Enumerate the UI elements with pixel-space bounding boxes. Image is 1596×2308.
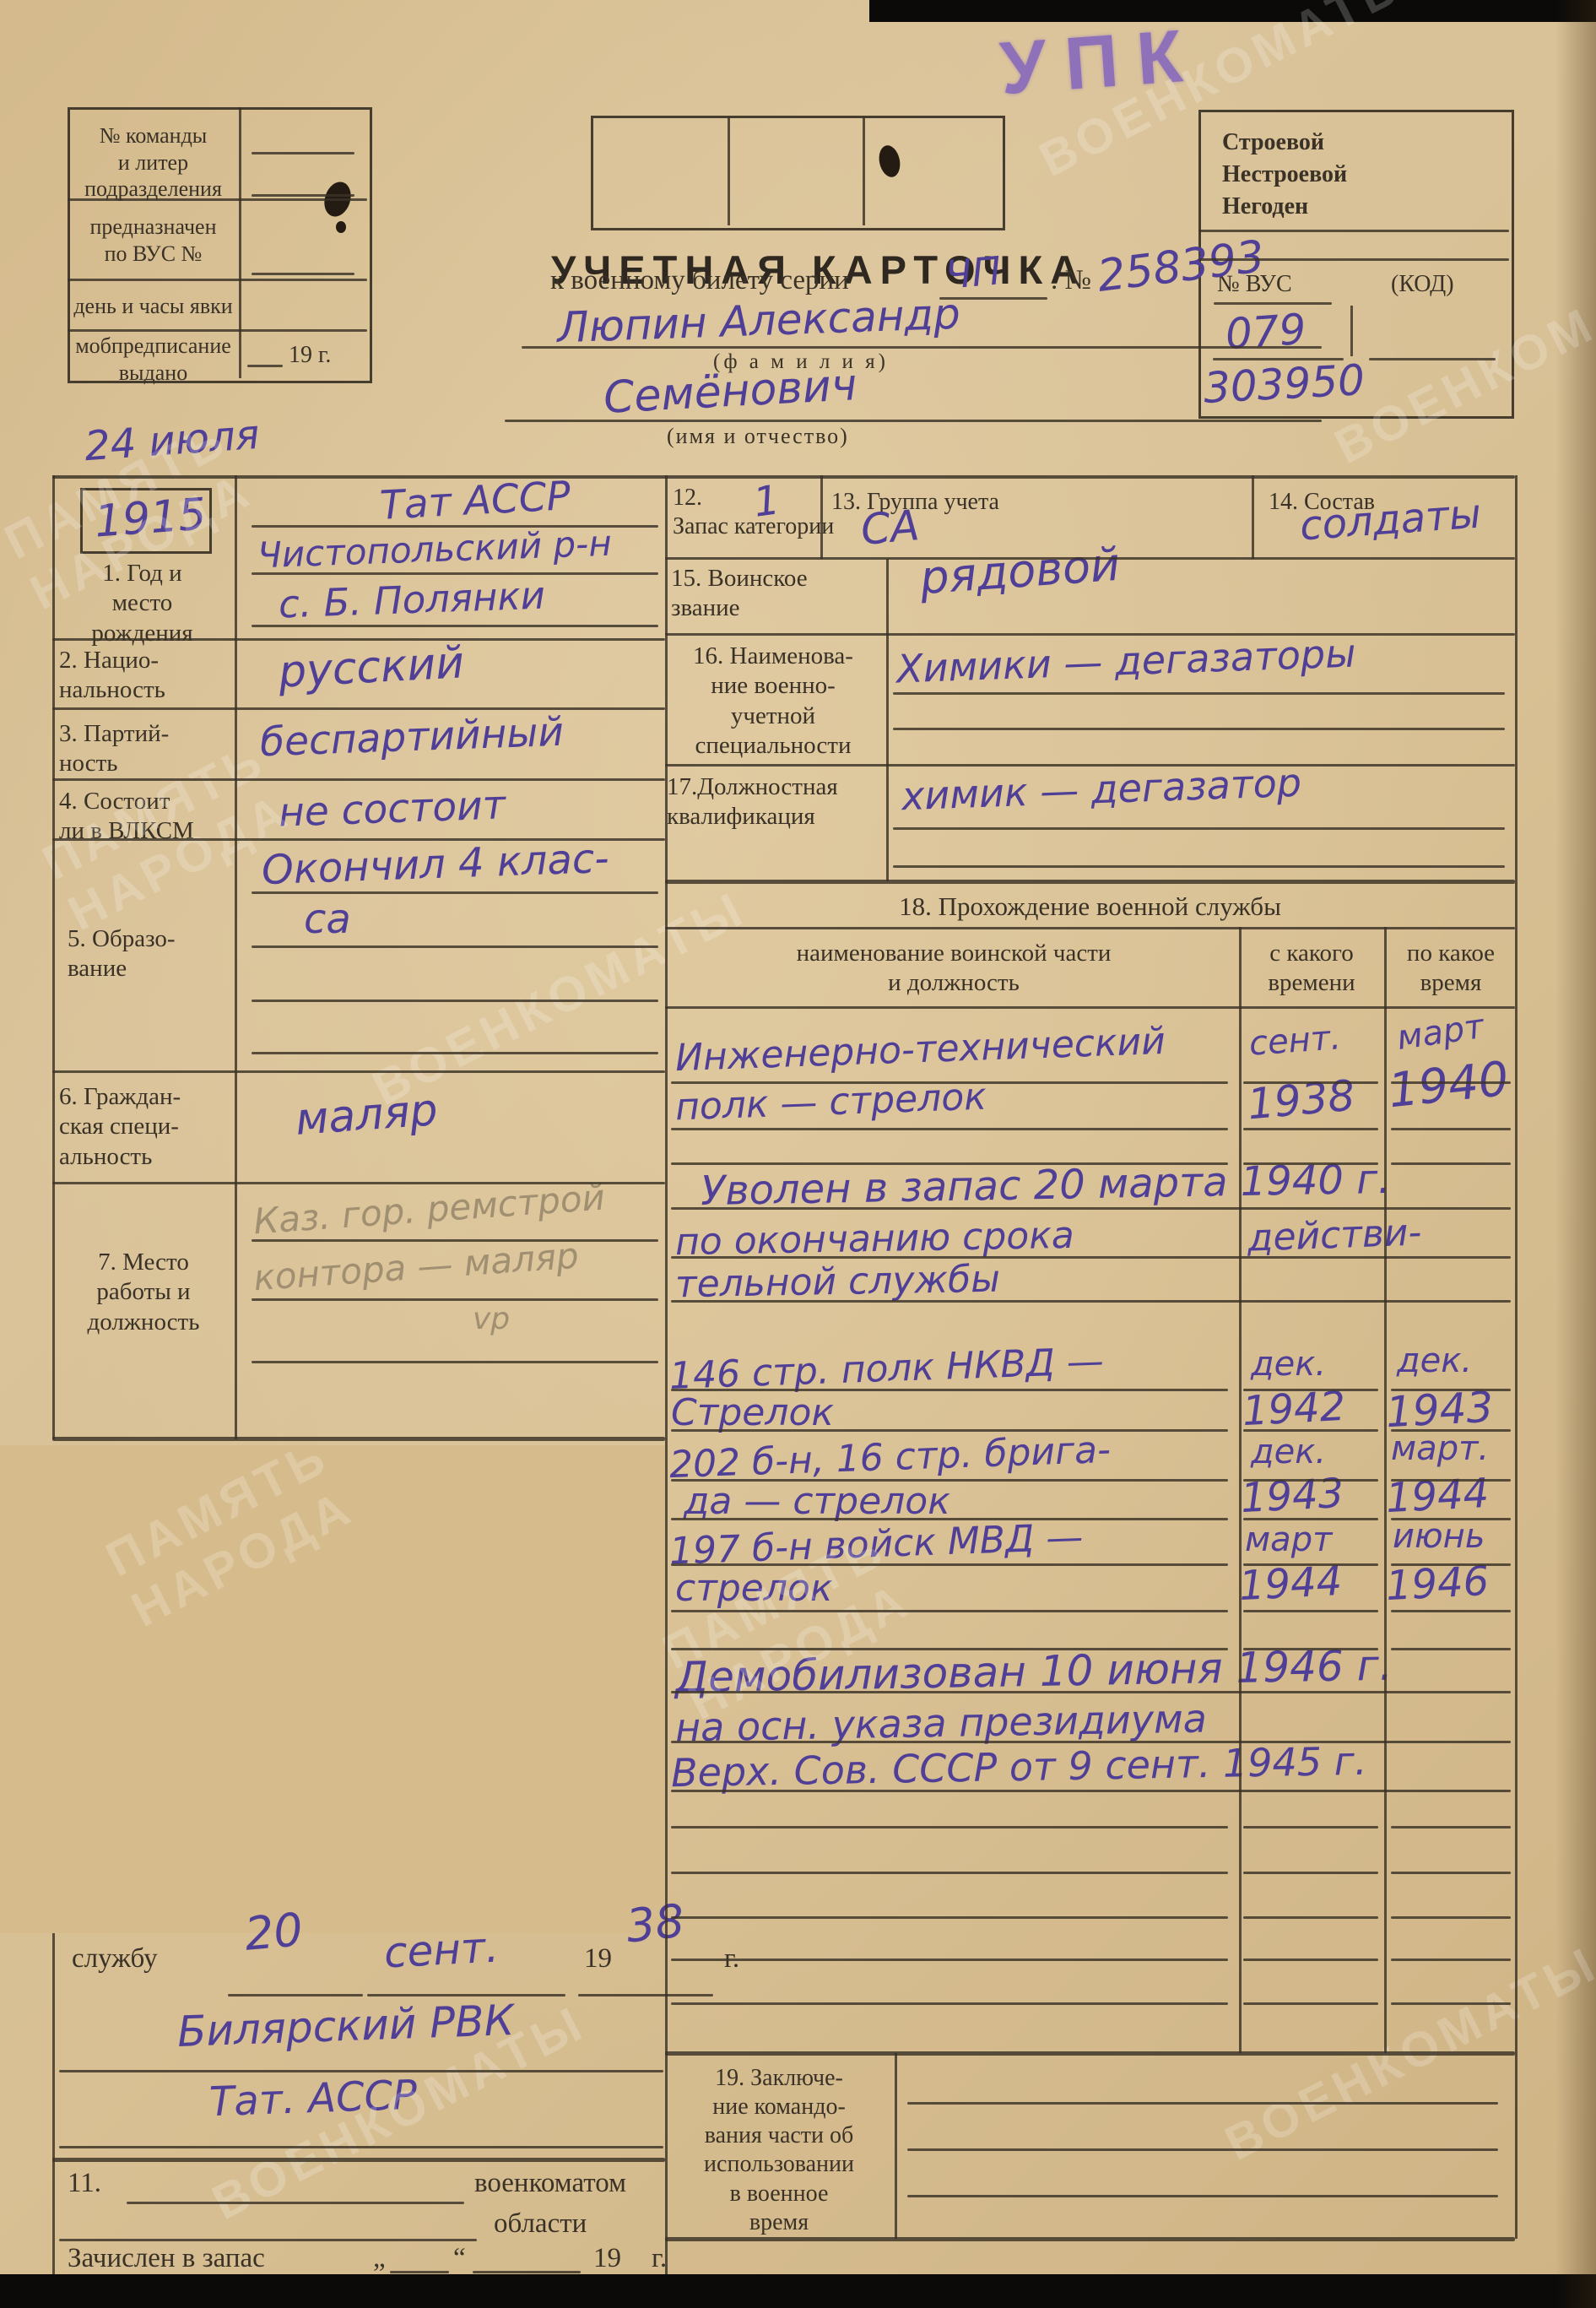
ruled-line — [671, 1518, 1228, 1520]
ruled-line — [52, 475, 1515, 479]
ruled-line — [665, 2051, 1515, 2056]
service-part: Стрелок — [671, 1395, 834, 1432]
ruled-line — [1243, 2002, 1378, 2005]
ruled-line — [473, 2271, 581, 2273]
ruled-line — [252, 945, 658, 948]
ruled-line — [665, 1006, 1515, 1009]
field11-suffix: военкоматом — [474, 2166, 626, 2200]
ruled-line — [1243, 1872, 1378, 1874]
ruled-line — [1391, 1916, 1511, 1919]
ruled-line — [665, 557, 1515, 560]
field11-num: 11. — [68, 2166, 101, 2200]
ruled-line — [390, 2271, 449, 2273]
field7-note1: Каз. гор. ремстрой — [252, 1180, 606, 1240]
service-part: Инженерно-технический — [674, 1023, 1166, 1077]
ruled-line — [1243, 1610, 1378, 1612]
ruled-line — [252, 572, 658, 575]
service-to: март — [1395, 1010, 1486, 1055]
ruled-line — [1243, 1389, 1378, 1391]
enlist-day: 20 — [243, 1907, 305, 1958]
ruled-line — [1243, 1826, 1378, 1829]
ruled-line — [893, 827, 1505, 830]
ruled-line — [671, 1916, 1228, 1919]
ruled-line — [665, 880, 1515, 884]
field5-value-line1: Окончил 4 клас- — [261, 838, 609, 891]
service-to: июнь — [1393, 1520, 1485, 1553]
ruled-line — [252, 525, 658, 528]
service-from: март — [1245, 1523, 1332, 1557]
quote-close: “ — [453, 2241, 466, 2275]
service-section-title: 18. Прохождение военной службы — [665, 891, 1515, 923]
ruled-line — [52, 838, 665, 841]
ruled-line — [1391, 1162, 1511, 1165]
ruled-line — [522, 346, 1322, 349]
ruled-line — [665, 764, 1515, 767]
ruled-line — [68, 198, 367, 201]
ruled-line — [1243, 1916, 1378, 1919]
table-border — [52, 475, 55, 1439]
ruled-line — [665, 633, 1515, 636]
field6-label: 6. Граждан- ская специ- альность — [59, 1082, 181, 1172]
ruled-line — [1243, 1429, 1378, 1432]
quote-open: „ — [373, 2241, 386, 2275]
field13-value: СА — [859, 504, 921, 551]
ruled-line — [52, 1182, 665, 1184]
field1-line3: с. Б. Полянки — [278, 577, 545, 624]
field14-value: солдаты — [1299, 494, 1483, 547]
ruled-line — [252, 1239, 658, 1242]
service-col-to: по какое время — [1388, 939, 1514, 999]
no-label: . № — [1051, 263, 1091, 297]
surname-value: Люпин Александр — [556, 293, 960, 349]
enlist-month: сент. — [383, 1926, 500, 1974]
routing-row4-label: мобпредписание выдано — [72, 333, 235, 386]
service-to: март. — [1391, 1432, 1489, 1466]
service-part: да — стрелок — [684, 1483, 950, 1520]
ruled-line — [1391, 1959, 1511, 1961]
ruled-line — [1214, 302, 1332, 305]
ruled-line — [1198, 258, 1509, 261]
service-from: дек. — [1251, 1435, 1326, 1469]
ruled-line — [671, 1128, 1228, 1130]
ruled-line — [252, 194, 354, 197]
ruled-line — [671, 1648, 1228, 1650]
field15-value: рядовой — [918, 542, 1121, 601]
ruled-line — [671, 1610, 1228, 1612]
field2-value: русский — [278, 641, 465, 694]
service-col-part: наименование воинской части и должность — [671, 939, 1236, 999]
ruled-line — [1243, 1479, 1378, 1482]
table-border — [1239, 927, 1242, 2053]
ruled-line — [671, 1826, 1228, 1829]
kod-label: (КОД) — [1391, 270, 1454, 299]
grade-line3: Негоден — [1222, 192, 1308, 221]
ruled-line — [1391, 1648, 1511, 1650]
ruled-line — [68, 279, 367, 281]
field7-label: 7. Место работы и должность — [59, 1248, 228, 1337]
ruled-line — [1391, 1518, 1511, 1520]
table-border — [1252, 475, 1254, 559]
field2-label: 2. Нацио- нальность — [59, 646, 165, 706]
scan-black-bar-top — [869, 0, 1596, 22]
ruled-line — [893, 865, 1505, 868]
ruled-line — [1243, 1648, 1378, 1650]
ruled-line — [1391, 1563, 1511, 1566]
field1-line1: Тат АССР — [379, 476, 571, 526]
ruled-line — [665, 2237, 1515, 2241]
table-border — [820, 475, 823, 559]
ruled-line — [907, 2148, 1498, 2151]
ruled-line — [127, 2202, 464, 2204]
service-from: 1942 — [1242, 1386, 1347, 1432]
ruled-line — [1391, 1429, 1511, 1432]
table-border — [895, 2053, 897, 2239]
grade-line1: Строевой — [1222, 128, 1324, 157]
service-part: по окончанию срока — [675, 1217, 1074, 1261]
service-part: Уволен в запас 20 марта 1940 г. — [701, 1159, 1391, 1211]
field11-oblast: области — [494, 2207, 587, 2240]
ruled-line — [52, 1437, 665, 1441]
ruled-line — [1243, 1081, 1378, 1084]
ruled-line — [367, 1994, 565, 1996]
scanned-military-card: УПК № команды и литер подразделения пред… — [0, 0, 1596, 2308]
table-border — [239, 107, 241, 378]
patronymic-value: Семёнович — [603, 363, 858, 420]
series-label: к военному билету серии — [550, 263, 849, 297]
ruled-line — [68, 329, 367, 332]
ruled-line — [1369, 358, 1496, 360]
ruled-line — [247, 365, 283, 367]
table-border — [52, 1933, 55, 2274]
field1-line2: Чистопольский р-н — [257, 526, 612, 574]
ruled-line — [671, 1479, 1228, 1482]
ruled-line — [1213, 358, 1344, 360]
ruled-line — [252, 1298, 658, 1301]
table-border — [1350, 306, 1353, 356]
ruled-line — [252, 152, 354, 154]
ruled-line — [671, 1563, 1228, 1566]
ruled-line — [1243, 1959, 1378, 1961]
field15-label: 15. Воинское звание — [671, 564, 808, 624]
field16-label: 16. Наименова- ние военно- учетной специ… — [667, 642, 879, 761]
field17-label: 17.Должностная квалификация — [667, 772, 838, 832]
table-border — [863, 117, 865, 225]
ruled-line — [1391, 1610, 1511, 1612]
ruled-line — [505, 420, 1322, 422]
ruled-line — [52, 778, 665, 781]
field17-value: химик — дегазатор — [901, 763, 1301, 816]
enlist-year-printed: 19 — [584, 1942, 612, 1975]
ruled-line — [671, 1959, 1228, 1961]
ruled-line — [252, 1052, 658, 1054]
ruled-line — [252, 625, 658, 627]
ruled-line — [52, 707, 665, 710]
field3-value: беспартийный — [259, 712, 564, 763]
enlist-year-hw: 38 — [624, 1899, 686, 1950]
scan-black-bar-bottom — [0, 2274, 1596, 2308]
ruled-line — [1243, 1162, 1378, 1165]
ruled-line — [671, 1872, 1228, 1874]
ruled-line — [59, 2070, 663, 2072]
grade-line2: Нестроевой — [1222, 160, 1347, 189]
service-cont: действи- — [1247, 1214, 1422, 1257]
table-border — [665, 475, 668, 2274]
field5-value-line2: са — [304, 899, 351, 940]
ruled-line — [52, 638, 665, 641]
ruled-line — [1391, 1389, 1511, 1391]
field12-value: 1 — [751, 479, 782, 523]
ruled-line — [1198, 230, 1509, 232]
field11-year: 19 — [593, 2241, 621, 2275]
ruled-line — [671, 1389, 1228, 1391]
ruled-line — [252, 1361, 658, 1363]
ruled-line — [52, 1070, 665, 1073]
table-border — [235, 475, 237, 1439]
ruled-line — [1391, 1872, 1511, 1874]
ruled-line — [578, 1994, 713, 1996]
service-part: 202 б-н, 16 стр. брига- — [668, 1432, 1111, 1484]
routing-row1-label: № команды и литер подразделения — [72, 122, 235, 203]
ruled-line — [1243, 1563, 1378, 1566]
ruled-line — [252, 1000, 658, 1002]
ruled-line — [893, 728, 1505, 730]
ruled-line — [1243, 1518, 1378, 1520]
field7-note2: контора — маляр — [252, 1238, 580, 1297]
field4-value: не состоит — [278, 785, 506, 832]
enlist-rvk: Билярский РВК — [176, 1999, 515, 2053]
routing-row4-value: 19 г. — [289, 341, 331, 370]
field3-label: 3. Партий- ность — [59, 719, 169, 779]
ruled-line — [1391, 1826, 1511, 1829]
field7-note3: vр — [473, 1304, 510, 1335]
service-to: 1943 — [1385, 1386, 1495, 1434]
service-to: дек. — [1397, 1344, 1472, 1378]
ruled-line — [1391, 1081, 1511, 1084]
ruled-line — [1243, 1128, 1378, 1130]
ruled-line — [1391, 1479, 1511, 1482]
code-cells-box — [591, 116, 1005, 230]
table-border — [1384, 927, 1387, 2053]
service-part: 146 стр. полк НКВД — — [668, 1343, 1104, 1395]
enlist-prefix: службу — [72, 1942, 158, 1975]
ruled-line — [252, 273, 354, 275]
ruled-line — [671, 2002, 1228, 2005]
service-from: 1944 — [1238, 1561, 1344, 1606]
kod-value: 303950 — [1203, 359, 1366, 409]
ruled-line — [1391, 1128, 1511, 1130]
routing-row3-label: день и часы явки — [72, 293, 235, 320]
service-to: 1946 — [1385, 1561, 1491, 1606]
service-from: дек. — [1251, 1347, 1326, 1381]
field19-label: 19. Заключе- ние командо- вания части об… — [668, 2064, 890, 2237]
field16-value: Химики — дегазаторы — [895, 634, 1356, 689]
service-col-from: с какого времени — [1241, 939, 1382, 999]
ruled-line — [252, 891, 658, 894]
service-to: 1940 — [1386, 1056, 1511, 1116]
name-caption: (имя и отчество) — [667, 423, 849, 450]
ruled-line — [671, 1429, 1228, 1432]
ruled-line — [893, 692, 1505, 695]
ruled-line — [228, 1994, 363, 1996]
service-part: полк — стрелок — [674, 1079, 987, 1127]
ruled-line — [671, 1162, 1228, 1165]
table-border — [886, 559, 889, 881]
ruled-line — [907, 2195, 1498, 2197]
ruled-line — [671, 1081, 1228, 1084]
service-part: Верх. Сов. СССР от 9 сент. 1945 г. — [671, 1742, 1367, 1792]
table-border — [728, 117, 730, 225]
service-part: тельной службы — [675, 1261, 1001, 1304]
ruled-line — [1391, 2002, 1511, 2005]
routing-row2-label: предназначен по ВУС № — [72, 214, 235, 267]
service-from: сент. — [1248, 1021, 1342, 1060]
ruled-line — [52, 2158, 665, 2162]
series-value: ЧП — [944, 251, 1003, 295]
ruled-line — [907, 2102, 1498, 2105]
ruled-line — [939, 297, 1047, 300]
table-border — [1515, 475, 1518, 2239]
ruled-line — [665, 927, 1515, 929]
ruled-line — [59, 2239, 477, 2241]
field11-zachislen: Зачислен в запас — [68, 2241, 265, 2275]
ruled-line — [59, 2146, 663, 2148]
